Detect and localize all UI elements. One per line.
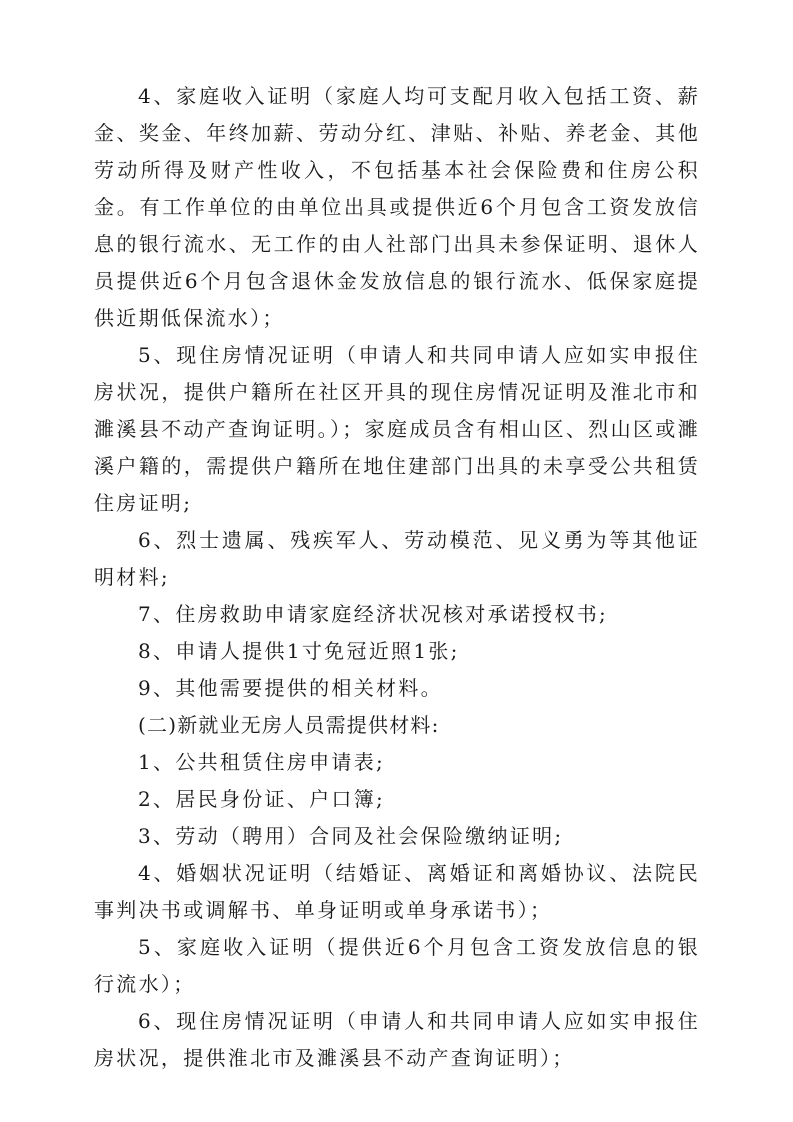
paragraph-item-6-other-certs: 6、烈士遗属、残疾军人、劳动模范、见义勇为等其他证明材料;: [94, 522, 700, 596]
document-page: 4、家庭收入证明（家庭人均可支配月收入包括工资、薪金、奖金、年终加薪、劳动分红、…: [94, 78, 700, 1077]
paragraph-s2-item-4: 4、婚姻状况证明（结婚证、离婚证和离婚协议、法院民事判决书或调解书、单身证明或单…: [94, 855, 700, 929]
paragraph-s2-item-3: 3、劳动（聘用）合同及社会保险缴纳证明;: [94, 818, 700, 855]
paragraph-item-9-misc: 9、其他需要提供的相关材料。: [94, 670, 700, 707]
paragraph-s2-item-2: 2、居民身份证、户口簿;: [94, 781, 700, 818]
paragraph-item-8-photo: 8、申请人提供1寸免冠近照1张;: [94, 633, 700, 670]
paragraph-s2-item-6: 6、现住房情况证明（申请人和共同申请人应如实申报住房状况，提供淮北市及濉溪县不动…: [94, 1003, 700, 1077]
paragraph-item-7-authorization: 7、住房救助申请家庭经济状况核对承诺授权书;: [94, 596, 700, 633]
paragraph-item-4-income: 4、家庭收入证明（家庭人均可支配月收入包括工资、薪金、奖金、年终加薪、劳动分红、…: [94, 78, 700, 337]
paragraph-s2-item-1: 1、公共租赁住房申请表;: [94, 744, 700, 781]
section-heading-new-employees: (二)新就业无房人员需提供材料:: [94, 707, 700, 744]
paragraph-s2-item-5: 5、家庭收入证明（提供近6个月包含工资发放信息的银行流水）；: [94, 929, 700, 1003]
paragraph-item-5-housing: 5、现住房情况证明（申请人和共同申请人应如实申报住房状况，提供户籍所在社区开具的…: [94, 337, 700, 522]
